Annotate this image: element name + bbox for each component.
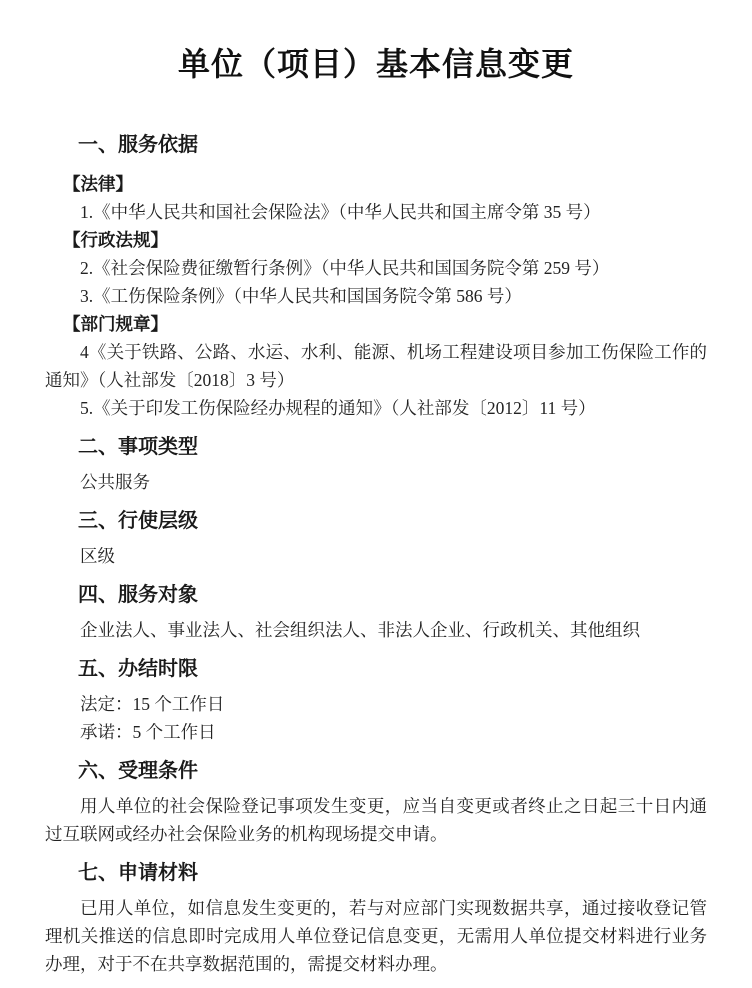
statutory-time-limit: 法定：15 个工作日 (45, 690, 707, 718)
legal-basis-item: 2.《社会保险费征缴暂行条例》（中华人民共和国国务院令第 259 号） (45, 254, 707, 282)
matter-type-value: 公共服务 (45, 468, 707, 496)
section-heading-exercise-level: 三、行使层级 (78, 508, 707, 534)
section-acceptance-conditions: 六、受理条件 用人单位的社会保险登记事项发生变更，应当自变更或者终止之日起三十日… (45, 758, 707, 848)
section-heading-matter-type: 二、事项类型 (78, 434, 707, 460)
legal-basis-item: 1.《中华人民共和国社会保险法》（中华人民共和国主席令第 35 号） (45, 198, 707, 226)
section-heading-service-target: 四、服务对象 (78, 582, 707, 608)
section-matter-type: 二、事项类型 公共服务 (45, 434, 707, 496)
service-target-value: 企业法人、事业法人、社会组织法人、非法人企业、行政机关、其他组织 (45, 616, 707, 644)
section-heading-completion-time-limit: 五、办结时限 (78, 656, 707, 682)
section-service-target: 四、服务对象 企业法人、事业法人、社会组织法人、非法人企业、行政机关、其他组织 (45, 582, 707, 644)
basis-group-label-law: 【法律】 (45, 170, 707, 198)
section-exercise-level: 三、行使层级 区级 (45, 508, 707, 570)
document-title: 单位（项目）基本信息变更 (45, 42, 707, 86)
basis-group-label-departmental-rules: 【部门规章】 (45, 310, 707, 338)
legal-basis-item: 4《关于铁路、公路、水运、水利、能源、机场工程建设项目参加工伤保险工作的通知》（… (45, 338, 707, 394)
basis-group-label-administrative-regulations: 【行政法规】 (45, 226, 707, 254)
promised-time-limit: 承诺：5 个工作日 (45, 718, 707, 746)
legal-basis-item: 3.《工伤保险条例》（中华人民共和国国务院令第 586 号） (45, 282, 707, 310)
section-heading-service-basis: 一、服务依据 (78, 132, 707, 158)
document-page: 单位（项目）基本信息变更 一、服务依据 【法律】 1.《中华人民共和国社会保险法… (0, 0, 752, 988)
section-heading-acceptance-conditions: 六、受理条件 (78, 758, 707, 784)
acceptance-conditions-paragraph: 用人单位的社会保险登记事项发生变更，应当自变更或者终止之日起三十日内通过互联网或… (45, 792, 707, 848)
application-materials-paragraph: 已用人单位，如信息发生变更的，若与对应部门实现数据共享，通过接收登记管理机关推送… (45, 894, 707, 978)
section-application-materials: 七、申请材料 已用人单位，如信息发生变更的，若与对应部门实现数据共享，通过接收登… (45, 860, 707, 978)
section-service-basis: 一、服务依据 【法律】 1.《中华人民共和国社会保险法》（中华人民共和国主席令第… (45, 132, 707, 422)
legal-basis-item: 5.《关于印发工伤保险经办规程的通知》（人社部发〔2012〕11 号） (45, 394, 707, 422)
section-completion-time-limit: 五、办结时限 法定：15 个工作日 承诺：5 个工作日 (45, 656, 707, 746)
section-heading-application-materials: 七、申请材料 (78, 860, 707, 886)
exercise-level-value: 区级 (45, 542, 707, 570)
